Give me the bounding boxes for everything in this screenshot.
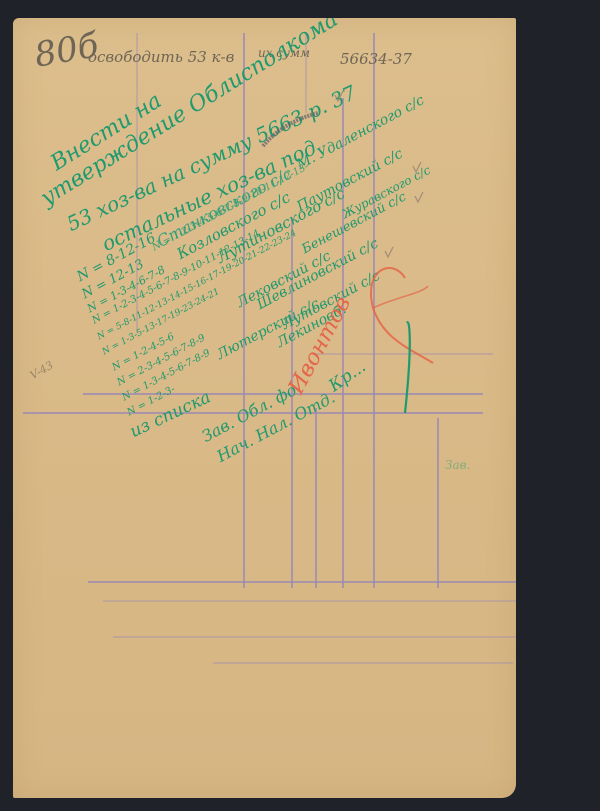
document-page: 80б освободить 53 к-в их сумм 56634-37 V… (13, 18, 516, 798)
signature-strokes (13, 18, 516, 798)
